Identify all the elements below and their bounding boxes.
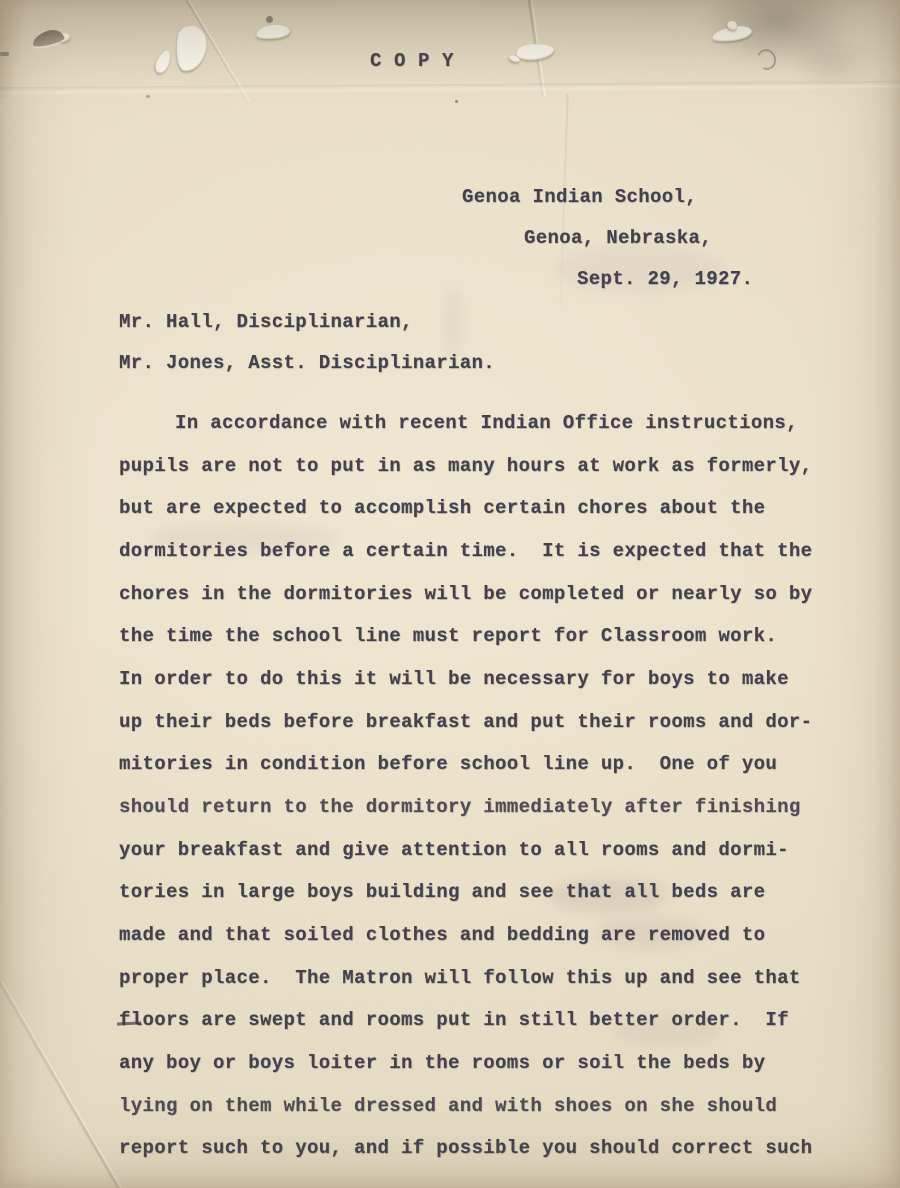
ink-speck	[0, 52, 9, 56]
letter-body: In accordance with recent Indian Office …	[119, 413, 812, 1181]
recipient-line: Mr. Jones, Asst. Disciplinarian.	[119, 353, 495, 373]
body-line: any boy or boys loiter in the rooms or s…	[119, 1053, 812, 1096]
copy-heading: C O P Y	[370, 51, 454, 71]
letter-page: C O P Y Genoa Indian School, Genoa, Nebr…	[0, 0, 900, 1188]
body-line: chores in the dormitories will be comple…	[119, 584, 812, 627]
body-line: In order to do this it will be necessary…	[119, 669, 812, 712]
body-line: the time the school line must report for…	[119, 626, 812, 669]
torn-spot	[255, 23, 290, 40]
body-line: lying on them while dressed and with sho…	[119, 1096, 812, 1139]
body-line: mitories in condition before school line…	[119, 754, 812, 797]
body-line: floors are swept and rooms put in still …	[119, 1010, 812, 1053]
body-line: but are expected to accomplish certain c…	[119, 498, 812, 541]
body-line: up their beds before breakfast and put t…	[119, 712, 812, 755]
body-line: pupils are not to put in as many hours a…	[119, 456, 812, 499]
body-line: should return to the dormitory immediate…	[119, 797, 812, 840]
dateline-place: Genoa, Nebraska,	[524, 228, 712, 248]
body-line: your breakfast and give attention to all…	[119, 840, 812, 883]
torn-spot	[153, 49, 174, 76]
ink-speck	[455, 100, 458, 103]
body-line: report such to you, and if possible you …	[119, 1138, 812, 1181]
stain-smudge	[445, 288, 461, 360]
ink-speck	[146, 95, 150, 98]
body-line: made and that soiled clothes and bedding…	[119, 925, 812, 968]
corner-fold	[0, 0, 32, 98]
body-line: tories in large boys building and see th…	[119, 882, 812, 925]
dateline-school: Genoa Indian School,	[462, 187, 697, 207]
body-line: In accordance with recent Indian Office …	[119, 413, 812, 456]
ink-speck	[266, 16, 273, 23]
torn-spot	[173, 24, 209, 74]
crease-mark	[0, 81, 900, 96]
paper-curl-mark	[754, 46, 779, 72]
torn-spot	[56, 32, 70, 43]
stain-smudge	[790, 30, 870, 90]
crease-mark	[0, 981, 123, 1188]
body-line: dormitories before a certain time. It is…	[119, 541, 812, 584]
torn-spot	[515, 42, 554, 61]
dateline-date: Sept. 29, 1927.	[577, 269, 753, 289]
recipient-line: Mr. Hall, Disciplinarian,	[119, 312, 413, 332]
body-line: proper place. The Matron will follow thi…	[119, 968, 812, 1011]
